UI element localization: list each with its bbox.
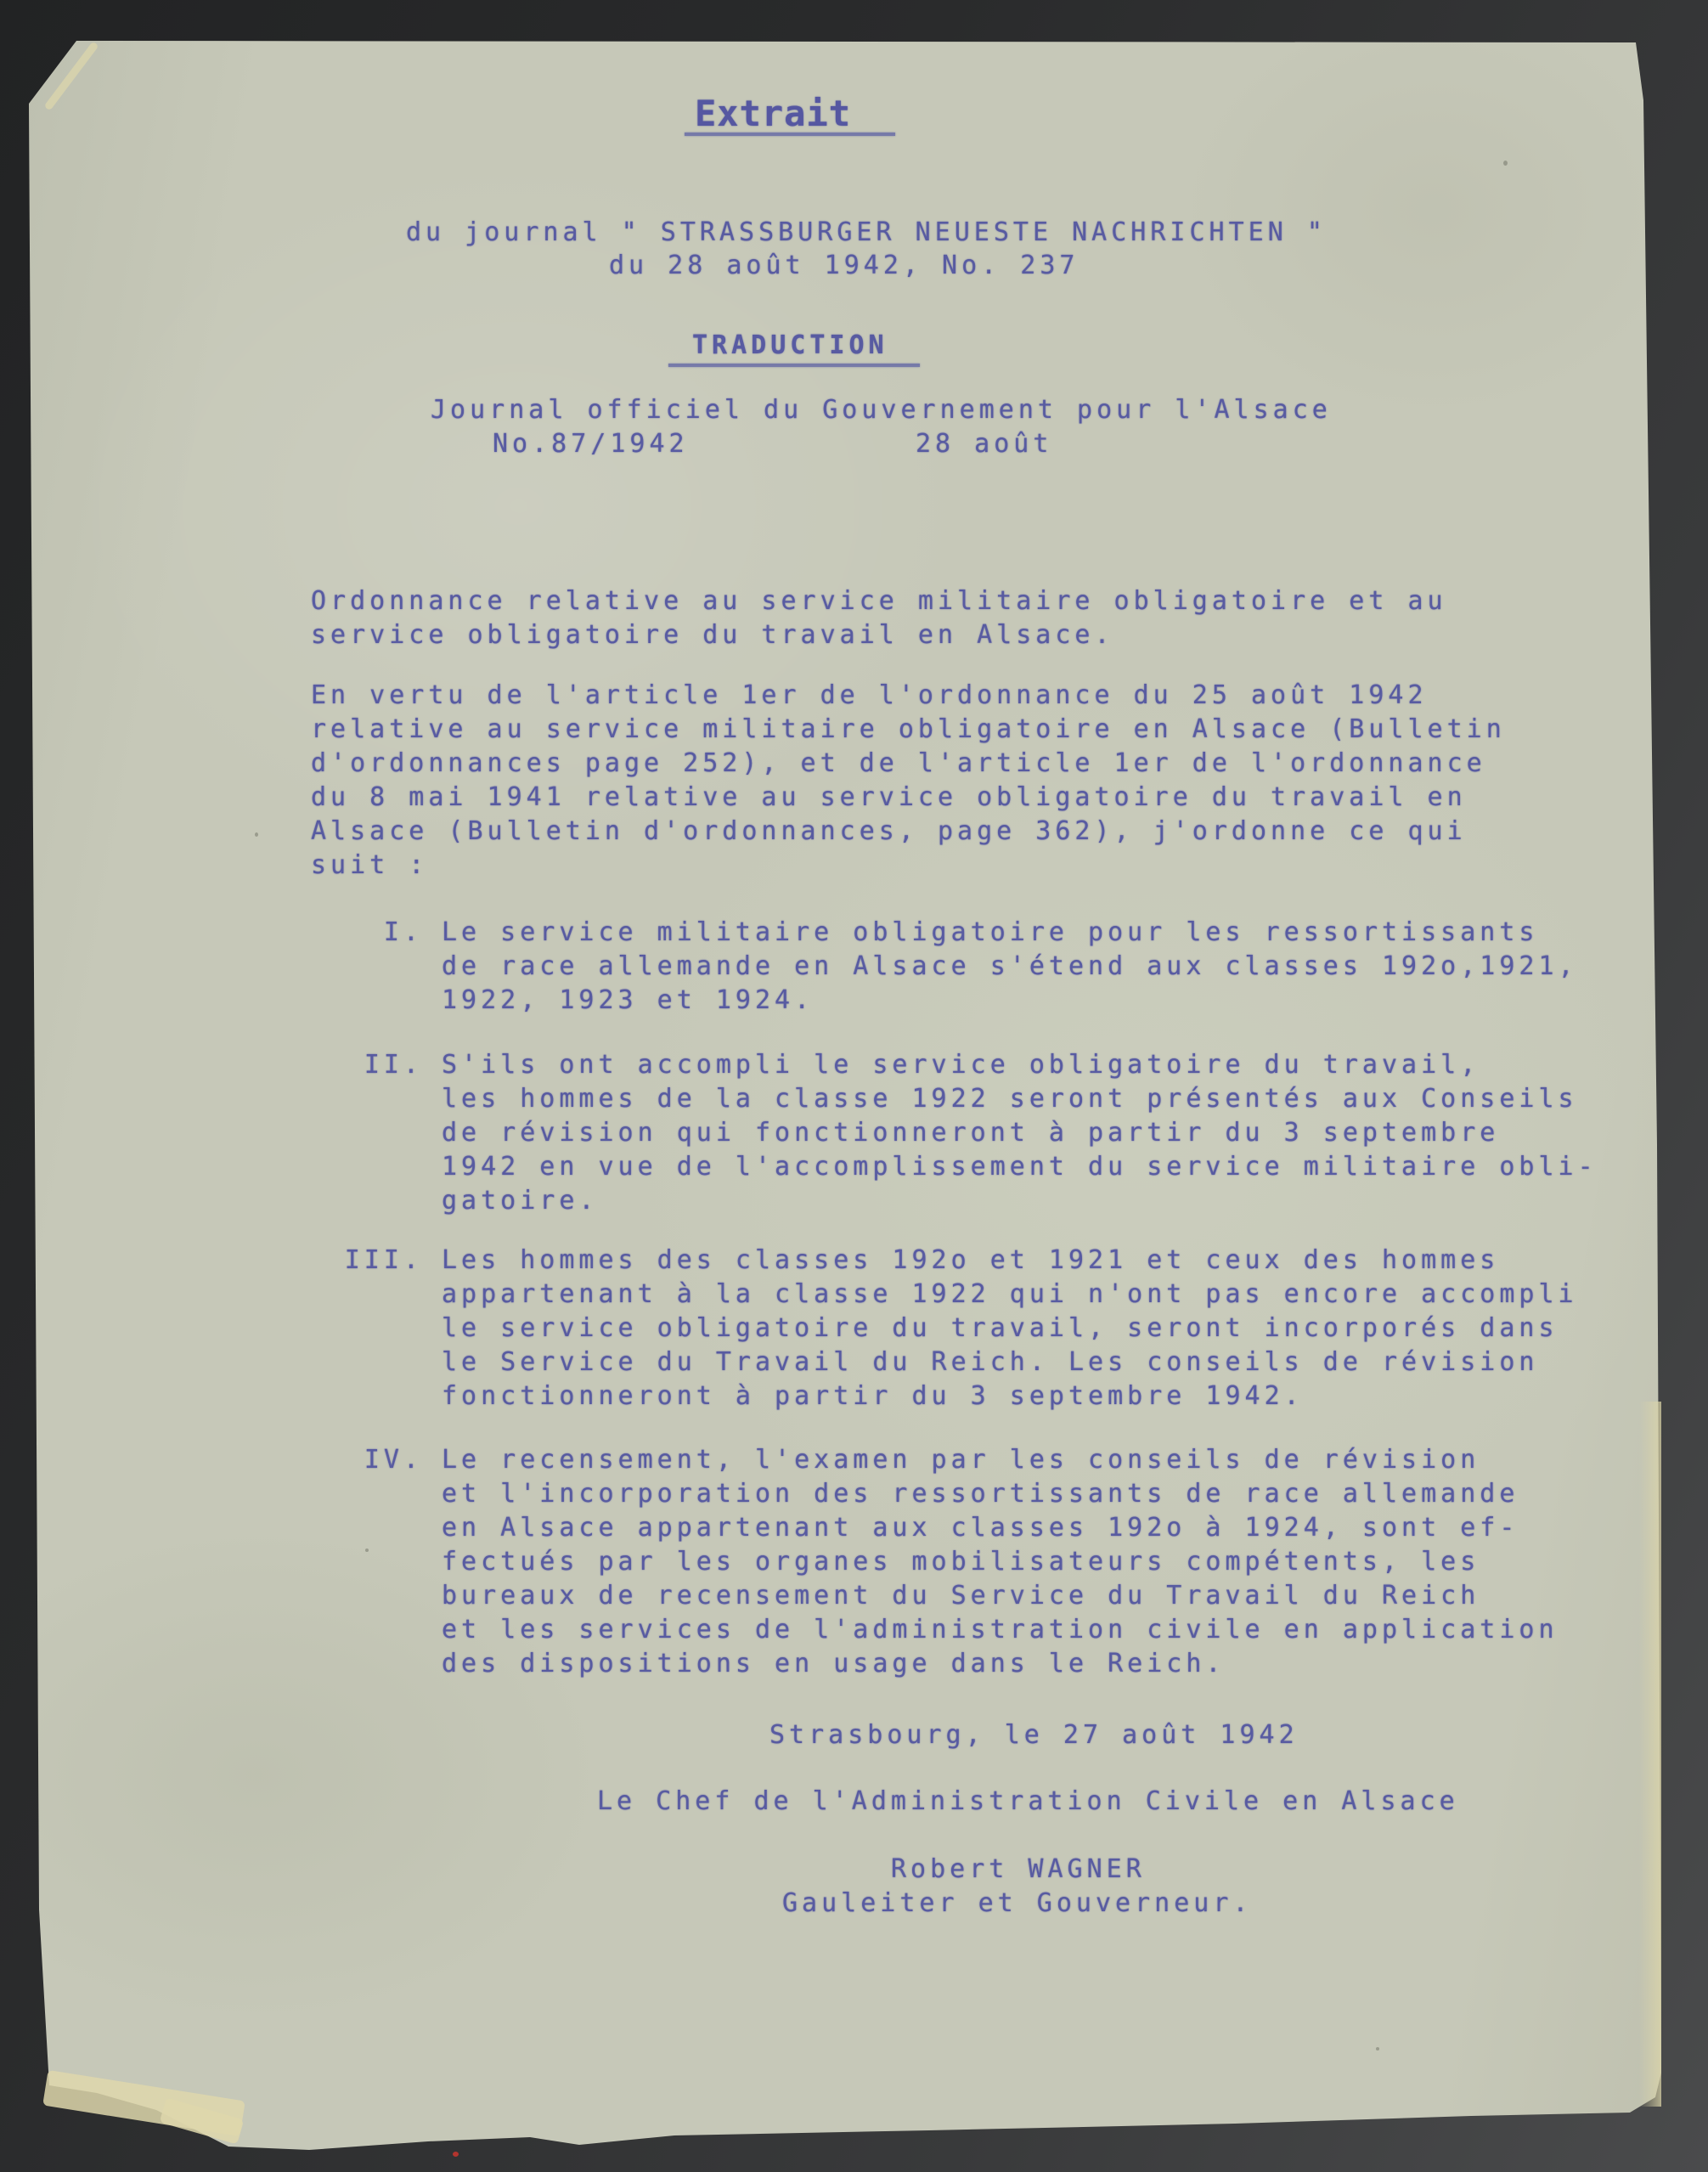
item-line: et l'incorporation des ressortissants de… (442, 1477, 1519, 1511)
preamble-line: relative au service militaire obligatoir… (311, 713, 1506, 747)
journal-line: Journal officiel du Gouvernement pour l'… (431, 393, 1332, 427)
subject-line: Ordonnance relative au service militaire… (311, 584, 1447, 618)
section-heading: TRADUCTION (692, 329, 888, 363)
source-line-1: du journal " STRASSBURGER NEUESTE NACHRI… (406, 216, 1327, 250)
discolored-right-edge (1639, 1402, 1661, 2107)
preamble-line: d'ordonnances page 252), et de l'article… (311, 747, 1486, 781)
item-line: de race allemande en Alsace s'étend aux … (442, 950, 1578, 984)
item-line: le service obligatoire du travail, seron… (442, 1312, 1559, 1346)
item-line: le Service du Travail du Reich. Les cons… (442, 1346, 1538, 1379)
journal-date: 28 août (916, 427, 1052, 461)
item-numeral: I. (311, 916, 423, 950)
paper-speck (365, 1549, 369, 1552)
item-line: fonctionneront à partir du 3 septembre 1… (442, 1379, 1304, 1413)
signatory-title: Le Chef de l'Administration Civile en Al… (597, 1785, 1459, 1819)
item-line: 1942 en vue de l'accomplissement du serv… (442, 1150, 1598, 1184)
item-numeral: IV. (311, 1443, 423, 1477)
item-line: des dispositions en usage dans le Reich. (442, 1647, 1225, 1681)
paper-speck (1376, 2047, 1379, 2051)
paper-speck (255, 832, 258, 837)
paper-speck (1503, 161, 1508, 166)
preamble-line: du 8 mai 1941 relative au service obliga… (311, 781, 1467, 815)
red-mark (453, 2152, 459, 2157)
item-line: gatoire. (442, 1184, 599, 1218)
signatory-role: Gauleiter et Gouverneur. (782, 1887, 1252, 1921)
item-line: 1922, 1923 et 1924. (442, 984, 814, 1018)
item-line: appartenant à la classe 1922 qui n'ont p… (442, 1278, 1578, 1312)
journal-number: No.87/1942 (493, 427, 689, 461)
scanned-document-page: Extrait du journal " STRASSBURGER NEUEST… (0, 0, 1708, 2172)
item-numeral: II. (311, 1048, 423, 1082)
document-title: Extrait (695, 93, 851, 134)
preamble-line: En vertu de l'article 1er de l'ordonnanc… (311, 679, 1428, 713)
item-numeral: III. (311, 1244, 423, 1278)
item-line: Le recensement, l'examen par les conseil… (442, 1443, 1480, 1477)
item-line: et les services de l'administration civi… (442, 1613, 1559, 1647)
item-line: Les hommes des classes 192o et 1921 et c… (442, 1244, 1499, 1278)
preamble-line: Alsace (Bulletin d'ordonnances, page 362… (311, 815, 1467, 849)
signatory-name: Robert WAGNER (891, 1853, 1146, 1887)
item-line: Le service militaire obligatoire pour le… (442, 916, 1538, 950)
item-line: en Alsace appartenant aux classes 192o à… (442, 1511, 1519, 1545)
place-date-line: Strasbourg, le 27 août 1942 (769, 1718, 1299, 1752)
preamble-line: suit : (311, 849, 428, 883)
section-heading-underline (668, 364, 920, 367)
title-underline (685, 133, 895, 136)
item-line: les hommes de la classe 1922 seront prés… (442, 1082, 1578, 1116)
item-line: bureaux de recensement du Service du Tra… (442, 1579, 1480, 1613)
item-line: fectués par les organes mobilisateurs co… (442, 1545, 1480, 1579)
item-line: de révision qui fonctionneront à partir … (442, 1116, 1499, 1150)
subject-line: service obligatoire du travail en Alsace… (311, 618, 1114, 652)
item-line: S'ils ont accompli le service obligatoir… (442, 1048, 1480, 1082)
source-line-2: du 28 août 1942, No. 237 (609, 249, 1079, 283)
